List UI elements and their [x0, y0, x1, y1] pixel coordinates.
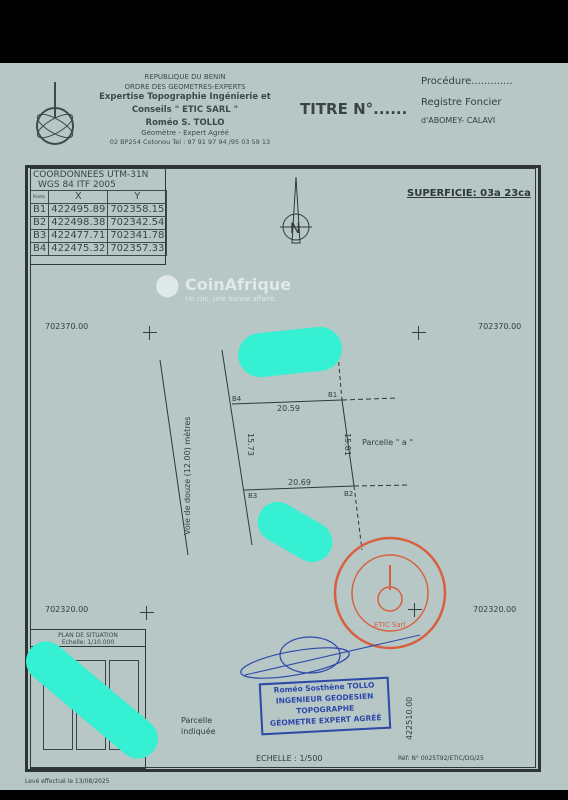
grid-label-east: 422510.00: [405, 697, 414, 740]
grid-label-se: 702320.00: [473, 605, 516, 614]
signature: [235, 625, 425, 685]
svg-text:N: N: [290, 221, 300, 237]
boundary-b1: B1: [328, 391, 337, 399]
republic-line: REPUBLIQUE DU BENIN: [80, 73, 290, 81]
surveyor-stamp: Roméo Sosthène TOLLOINGENIEUR GEODESIENT…: [259, 677, 392, 736]
boundary-b4: B4: [232, 395, 241, 403]
coords-title: COORDONNEES UTM-31N: [30, 168, 165, 180]
road-label: Voie de douze (12.00) mètres: [183, 287, 192, 405]
survey-date: Levé effectué le 13/08/2025: [25, 778, 110, 785]
table-row: B2422498.38702342.54: [31, 217, 167, 230]
surveyor-name: Roméo S. TOLLO: [75, 118, 295, 128]
boundary-b3: B3: [248, 492, 257, 500]
table-row: B1422495.89702358.15: [31, 204, 167, 217]
watermark: ⬤ CoinAfrique Un clic, une bonne affaire: [155, 273, 180, 298]
dimension-left: 15.73: [246, 433, 255, 456]
order-line: ORDRE DES GEOMETRES-EXPERTS: [80, 83, 290, 91]
commune: d'ABOMEY- CALAVI: [421, 116, 495, 125]
parcelle-indiquee-label: Parcelle: [181, 716, 212, 725]
dimension-right: 15.81: [343, 433, 352, 456]
north-arrow-icon: N: [278, 175, 318, 250]
grid-label-sw: 702320.00: [45, 605, 88, 614]
reference-number: Réf: N° 0025T92/ETIC/DG/25: [398, 755, 484, 762]
company-line1: Expertise Topographie Ingénierie et: [75, 92, 295, 102]
parcelle-a-label: Parcelle " a ": [362, 438, 413, 447]
registre-foncier: Registre Foncier: [421, 97, 502, 108]
company-line2: Conseils " ETIC SARL ": [75, 105, 295, 115]
grid-cross: [412, 326, 426, 340]
scale: ECHELLE : 1/500: [256, 754, 323, 763]
dimension-top: 20.59: [277, 404, 300, 413]
contact-line: 02 BP254 Cotonou Tel : 97 91 97 94 /95 0…: [70, 138, 310, 146]
grid-cross: [140, 606, 154, 620]
grid-cross: [143, 326, 157, 340]
dimension-bottom: 20.69: [288, 478, 311, 487]
map-pin-icon: ⬤: [155, 273, 180, 298]
title-number: TITRE N°......: [300, 100, 407, 118]
coords-datum: WGS 84 ITF 2005: [30, 180, 165, 190]
grid-label-nw: 702370.00: [45, 322, 88, 331]
table-row: B3422477.71702341.78: [31, 230, 167, 243]
grid-label-ne: 702370.00: [478, 322, 521, 331]
bottom-bar: [0, 790, 568, 800]
superficie: SUPERFICIE: 03a 23ca: [407, 188, 531, 199]
procedure: Procédure.............: [421, 76, 513, 87]
table-row: B4422475.32702357.33: [31, 243, 167, 256]
surveyor-title: Géomètre - Expert Agréé: [75, 129, 295, 137]
coordinates-table: COORDONNEES UTM-31N WGS 84 ITF 2005 Poin…: [30, 168, 166, 265]
boundary-b2: B2: [344, 490, 353, 498]
